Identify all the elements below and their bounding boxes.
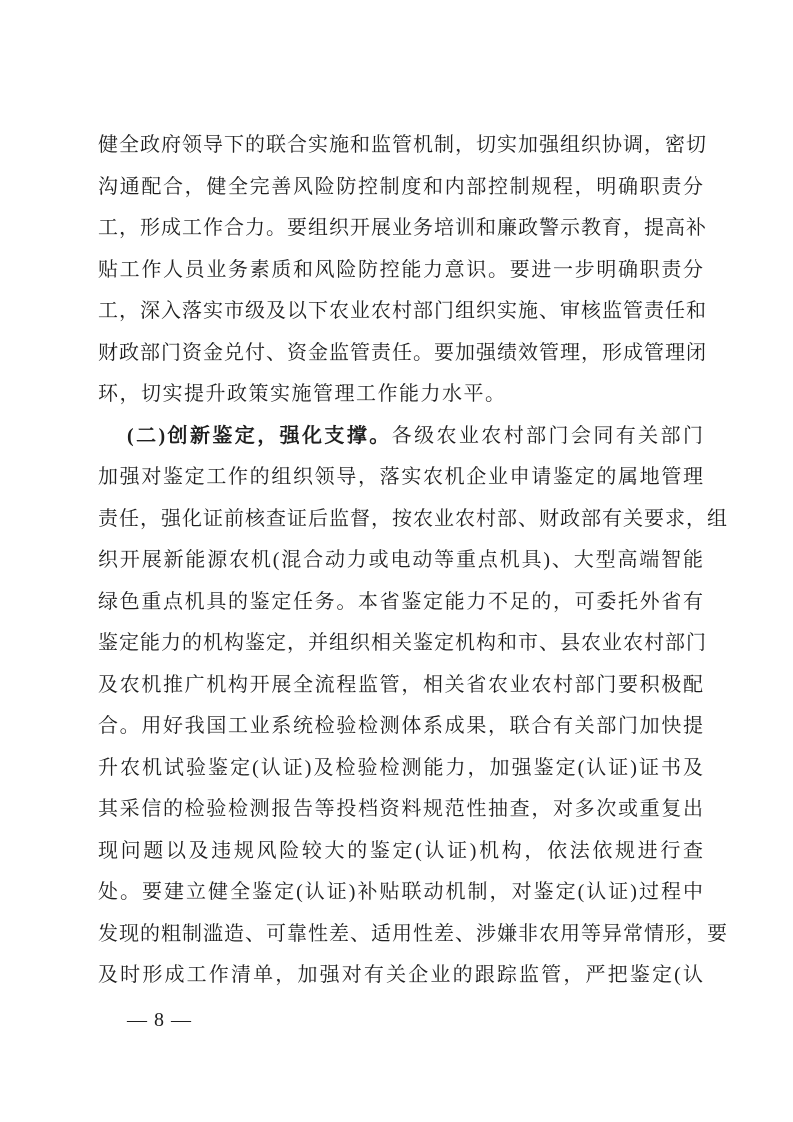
body-line: 贴工作人员业务素质和风险防控能力意识。要进一步明确职责分 <box>98 250 704 292</box>
body-line: 工，深入落实市级及以下农业农村部门组织实施、审核监管责任和 <box>98 291 704 333</box>
body-line: 发现的粗制滥造、可靠性差、适用性差、涉嫌非农用等异常情形，要 <box>98 914 704 956</box>
page-number: — 8 — <box>127 1009 192 1031</box>
body-line: 鉴定能力的机构鉴定，并组织相关鉴定机构和市、县农业农村部门 <box>98 623 704 665</box>
body-line: 处。要建立健全鉴定(认证)补贴联动机制，对鉴定(认证)过程中 <box>98 872 704 914</box>
body-line: 现问题以及违规风险较大的鉴定(认证)机构，依法依规进行查 <box>98 831 704 873</box>
body-line: 合。用好我国工业系统检验检测体系成果，联合有关部门加快提 <box>98 706 704 748</box>
body-line: 升农机试验鉴定(认证)及检验检测能力，加强鉴定(认证)证书及 <box>98 748 704 790</box>
body-line-section-start: (二)创新鉴定，强化支撑。各级农业农村部门会同有关部门 <box>98 416 704 458</box>
body-line: 工，形成工作合力。要组织开展业务培训和廉政警示教育，提高补 <box>98 208 704 250</box>
section-heading: (二)创新鉴定，强化支撑。 <box>127 425 392 447</box>
body-line: 责任，强化证前核查证后监督，按农业农村部、财政部有关要求，组 <box>98 499 704 541</box>
body-line: 沟通配合，健全完善风险防控制度和内部控制规程，明确职责分 <box>98 167 704 209</box>
body-line: 织开展新能源农机(混合动力或电动等重点机具)、大型高端智能 <box>98 540 704 582</box>
section-first-line-text: 各级农业农村部门会同有关部门 <box>392 425 704 447</box>
body-line: 健全政府领导下的联合实施和监管机制，切实加强组织协调，密切 <box>98 125 704 167</box>
body-line: 及时形成工作清单，加强对有关企业的跟踪监管，严把鉴定(认 <box>98 955 704 997</box>
body-line: 加强对鉴定工作的组织领导，落实农机企业申请鉴定的属地管理 <box>98 457 704 499</box>
body-line-paragraph-end: 环，切实提升政策实施管理工作能力水平。 <box>98 374 704 416</box>
body-line: 财政部门资金兑付、资金监管责任。要加强绩效管理，形成管理闭 <box>98 333 704 375</box>
document-body: 健全政府领导下的联合实施和监管机制，切实加强组织协调，密切 沟通配合，健全完善风… <box>98 125 704 997</box>
body-line: 其采信的检验检测报告等投档资料规范性抽查，对多次或重复出 <box>98 789 704 831</box>
body-line: 绿色重点机具的鉴定任务。本省鉴定能力不足的，可委托外省有 <box>98 582 704 624</box>
body-line: 及农机推广机构开展全流程监管，相关省农业农村部门要积极配 <box>98 665 704 707</box>
document-page: 健全政府领导下的联合实施和监管机制，切实加强组织协调，密切 沟通配合，健全完善风… <box>0 0 793 1122</box>
